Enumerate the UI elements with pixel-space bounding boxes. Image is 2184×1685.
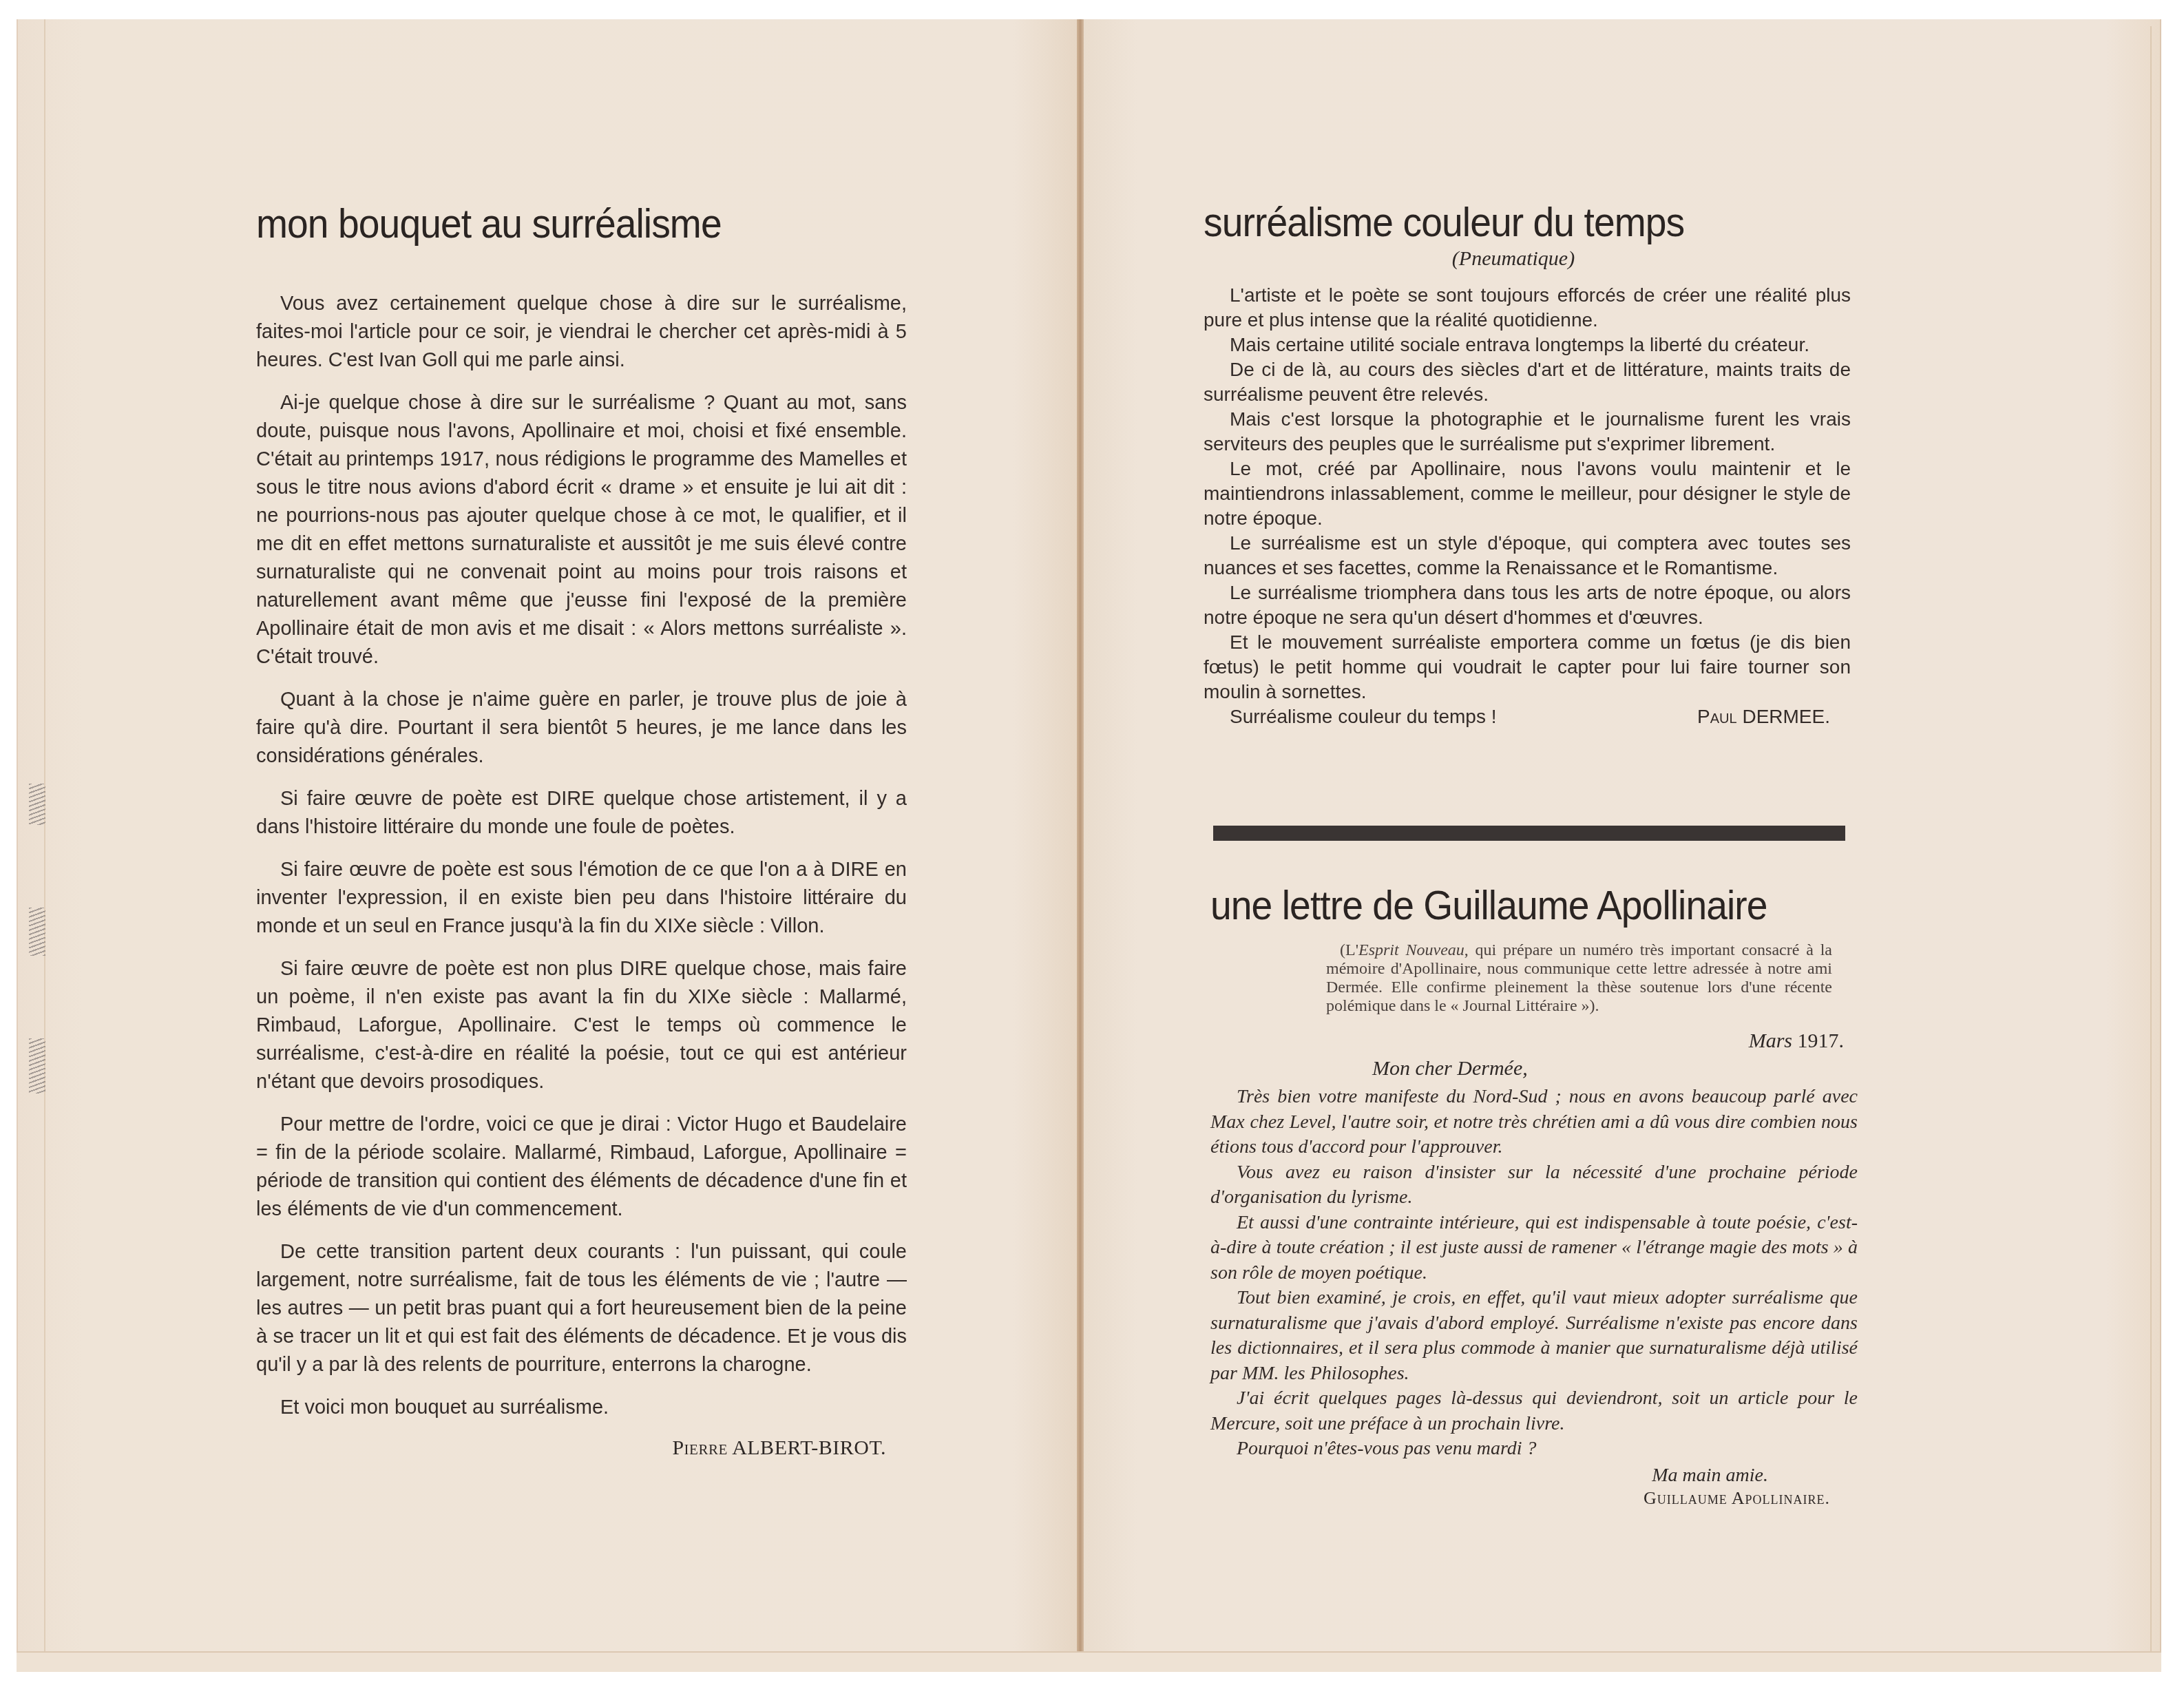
date-month: Mars — [1749, 1029, 1792, 1052]
article-subtitle: (Pneumatique) — [1176, 247, 1851, 271]
signature-first-name: Pierre — [672, 1436, 727, 1459]
paragraph: Quant à la chose je n'aime guère en parl… — [256, 686, 907, 771]
article-body: Vous avez certainement quelque chose à d… — [256, 290, 907, 1422]
signature-last-name: DERMEE. — [1742, 706, 1830, 727]
pencil-mark — [29, 784, 45, 825]
paragraph: Et aussi d'une contrainte intérieure, qu… — [1210, 1211, 1858, 1286]
article-mon-bouquet: mon bouquet au surréalisme Vous avez cer… — [256, 200, 907, 1460]
paragraph: De ci de là, au cours des siècles d'art … — [1204, 357, 1851, 407]
paragraph: L'artiste et le poète se sont toujours e… — [1204, 283, 1851, 333]
editorial-note: (L'Esprit Nouveau, qui prépare un numéro… — [1326, 941, 1832, 1016]
paragraph: Très bien votre manifeste du Nord-Sud ; … — [1210, 1085, 1858, 1160]
paragraph: De cette transition partent deux courant… — [256, 1238, 907, 1379]
date-year: 1917. — [1798, 1029, 1845, 1052]
paragraph: Si faire œuvre de poète est sous l'émoti… — [256, 856, 907, 941]
page-bottom-edge — [17, 1651, 2161, 1672]
paragraph: Et voici mon bouquet au surréalisme. — [256, 1394, 907, 1422]
author-signature: Pierre ALBERT-BIROT. — [256, 1436, 907, 1460]
paragraph: Mais c'est lorsque la photographie et le… — [1204, 407, 1851, 457]
paragraph: Ai-je quelque chose à dire sur le surréa… — [256, 389, 907, 671]
letter-closing: Ma main amie. — [1210, 1465, 1858, 1487]
paragraph: Tout bien examiné, je crois, en effet, q… — [1210, 1286, 1858, 1386]
editorial-note-text: (L'Esprit Nouveau, qui prépare un numéro… — [1326, 941, 1832, 1016]
paragraph: Si faire œuvre de poète est non plus DIR… — [256, 955, 907, 1096]
closing-row: Surréalisme couleur du temps ! Paul DERM… — [1204, 704, 1851, 729]
letter-date: Mars 1917. — [1210, 1029, 1858, 1053]
paragraph: J'ai écrit quelques pages là-dessus qui … — [1210, 1386, 1858, 1436]
letter-signature: Guillaume Apollinaire. — [1210, 1488, 1858, 1509]
note-publication-name: Esprit Nouveau — [1358, 941, 1464, 959]
article-body: L'artiste et le poète se sont toujours e… — [1204, 283, 1851, 704]
article-surrealisme-couleur: surréalisme couleur du temps (Pneumatiqu… — [1204, 198, 1851, 729]
article-lettre-apollinaire: une lettre de Guillaume Apollinaire (L'E… — [1210, 881, 1858, 1509]
paragraph: Vous avez eu raison d'insister sur la né… — [1210, 1160, 1858, 1211]
letter-salutation: Mon cher Dermée, — [1372, 1057, 1858, 1080]
article-title: surréalisme couleur du temps — [1204, 198, 1799, 246]
pencil-mark — [29, 908, 45, 956]
book-gutter — [1077, 19, 1084, 1672]
paragraph: Pour mettre de l'ordre, voici ce que je … — [256, 1111, 907, 1224]
signature-first-name: Paul — [1697, 706, 1737, 727]
paragraph: Si faire œuvre de poète est DIRE quelque… — [256, 785, 907, 841]
signature-last-name: ALBERT-BIROT. — [732, 1436, 886, 1459]
paragraph: Le surréalisme triomphera dans tous les … — [1204, 580, 1851, 630]
paragraph: Et le mouvement surréaliste emportera co… — [1204, 630, 1851, 704]
note-prefix: (L' — [1340, 941, 1358, 959]
article-title: une lettre de Guillaume Apollinaire — [1210, 881, 1806, 929]
section-divider-rule — [1213, 826, 1845, 841]
closing-line: Surréalisme couleur du temps ! — [1230, 704, 1497, 729]
article-title: mon bouquet au surréalisme — [256, 200, 854, 247]
pencil-mark — [29, 1038, 45, 1093]
paragraph: Le mot, créé par Apollinaire, nous l'avo… — [1204, 457, 1851, 531]
letter-body: Très bien votre manifeste du Nord-Sud ; … — [1210, 1085, 1858, 1462]
author-signature: Paul DERMEE. — [1697, 704, 1830, 729]
paragraph: Le surréalisme est un style d'époque, qu… — [1204, 531, 1851, 580]
paragraph: Pourquoi n'êtes-vous pas venu mardi ? — [1210, 1436, 1858, 1462]
paragraph: Vous avez certainement quelque chose à d… — [256, 290, 907, 375]
paragraph: Mais certaine utilité sociale entrava lo… — [1204, 333, 1851, 357]
